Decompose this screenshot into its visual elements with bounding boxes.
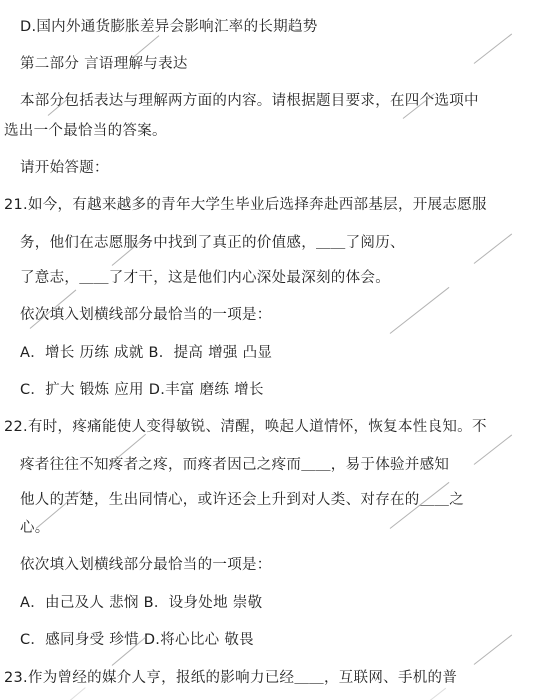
section-instructions-line-2: 选出一个最恰当的答案。 <box>4 122 167 140</box>
watermark-stroke <box>474 234 512 264</box>
question-22-options-ab: A．由己及人 悲悯 B．设身处地 崇敬 <box>20 594 262 612</box>
question-21-options-cd: C．扩大 锻炼 应用 D.丰富 磨练 增长 <box>20 381 264 399</box>
question-22-stem-line-3: 他人的苦楚，生出同情心，或许还会上升到对人类、对存在的＿＿之 <box>20 491 464 509</box>
option-d-previous-question: D.国内外通货膨胀差异会影响汇率的长期趋势 <box>20 18 318 36</box>
scanned-exam-page: D.国内外通货膨胀差异会影响汇率的长期趋势 第二部分 言语理解与表达 本部分包括… <box>0 0 550 700</box>
question-22-stem-line-1: 22.有时，疼痛能使人变得敏锐、清醒，唤起人道情怀，恢复本性良知。不 <box>4 418 487 436</box>
question-22-options-cd: C．感同身受 珍惜 D.将心比心 敬畏 <box>20 631 254 649</box>
watermark-stroke <box>474 635 512 665</box>
question-23-stem-line-1: 23.作为曾经的媒介人亨，报纸的影响力已经＿＿，互联网、手机的普 <box>4 669 457 687</box>
watermark-stroke <box>390 287 450 334</box>
section-instructions-line-1: 本部分包括表达与理解两方面的内容。请根据题目要求，在四个选项中 <box>20 92 479 110</box>
begin-answering-prompt: 请开始答题： <box>20 159 109 177</box>
question-21-stem-line-2: 务，他们在志愿服务中找到了真正的价值感，＿＿了阅历、 <box>20 234 405 252</box>
watermark-stroke <box>474 34 512 64</box>
question-21-stem-line-3: 了意志，＿＿了才干，这是他们内心深处最深刻的体会。 <box>20 269 390 287</box>
question-22-stem-line-2: 疼者往往不知疼者之疼，而疼者因己之疼而＿＿，易于体验并感知 <box>20 456 449 474</box>
watermark-stroke <box>474 435 512 465</box>
watermark-stroke <box>70 687 86 700</box>
watermark-stroke <box>430 688 446 700</box>
question-22-prompt: 依次填入划横线部分最恰当的一项是： <box>20 556 272 574</box>
question-21-options-ab: A．增长 历练 成就 B．提高 增强 凸显 <box>20 344 272 362</box>
section-heading: 第二部分 言语理解与表达 <box>20 55 188 73</box>
question-21-stem-line-1: 21.如今，有越来越多的青年大学生毕业后选择奔赴西部基层，开展志愿服 <box>4 196 487 214</box>
question-21-prompt: 依次填入划横线部分最恰当的一项是： <box>20 306 272 324</box>
